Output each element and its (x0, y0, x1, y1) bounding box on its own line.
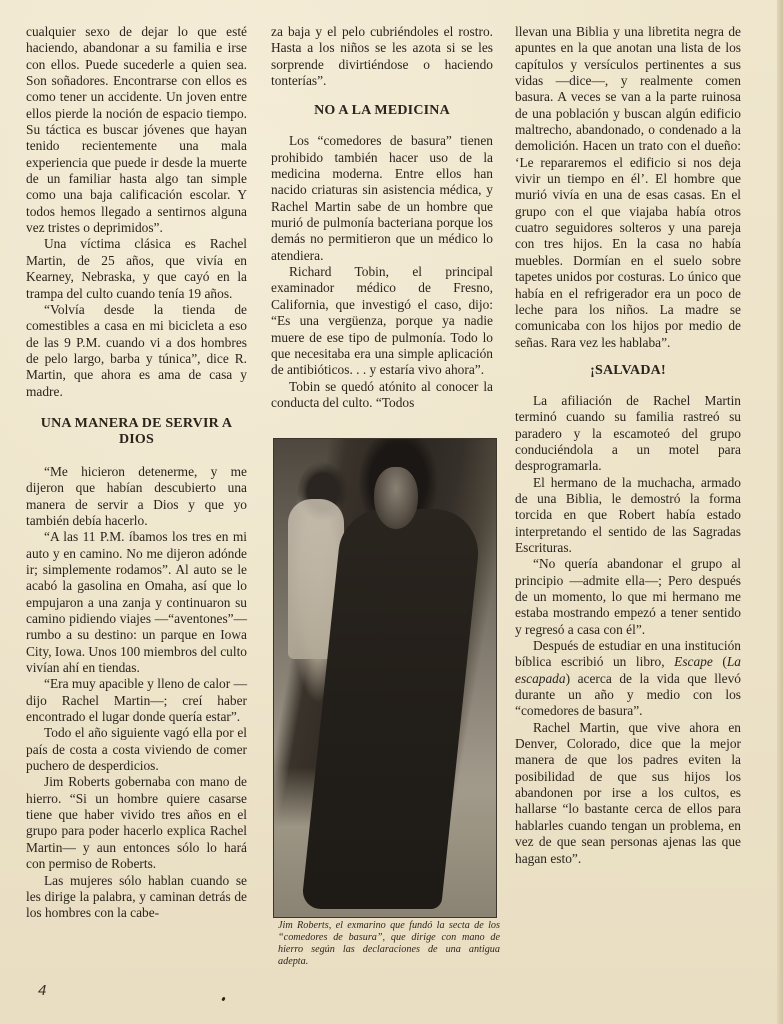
paragraph: Los “comedores de basura” tienen prohibi… (271, 133, 493, 264)
paragraph: Rachel Martin, que vive ahora en Denver,… (515, 720, 741, 867)
column-2: za baja y el pelo cubriéndoles el rostro… (271, 24, 493, 411)
paragraph: Jim Roberts gobernaba con mano de hierro… (26, 774, 247, 872)
paragraph: Todo el año siguiente vagó ella por el p… (26, 725, 247, 774)
paragraph: Las mujeres sólo hablan cuando se les di… (26, 873, 247, 922)
print-speck (221, 997, 226, 1002)
paragraph: Richard Tobin, el principal examinador m… (271, 264, 493, 378)
column-1: cualquier sexo de dejar lo que esté haci… (26, 24, 247, 922)
text: ( (713, 654, 727, 669)
paragraph: za baja y el pelo cubriéndoles el rostro… (271, 24, 493, 89)
paragraph: Una víctima clásica es Rachel Martin, de… (26, 236, 247, 301)
page-edge (777, 0, 783, 1024)
paragraph: Tobin se quedó atónito al conocer la con… (271, 379, 493, 412)
book-title: Escape (674, 654, 713, 669)
paragraph: “Era muy apacible y lleno de calor —dijo… (26, 676, 247, 725)
paragraph: “No quería abandonar el grupo al princip… (515, 556, 741, 638)
page-number: 4 (38, 982, 46, 999)
paragraph: “Me hicieron detenerme, y me dijeron que… (26, 464, 247, 529)
paragraph: “A las 11 P.M. íbamos los tres en mi aut… (26, 529, 247, 676)
section-heading: NO A LA MEDICINA (275, 103, 489, 119)
paragraph: “Volvía desde la tienda de comestibles a… (26, 302, 247, 400)
paragraph: La afiliación de Rachel Martin terminó c… (515, 393, 741, 475)
paragraph: cualquier sexo de dejar lo que esté haci… (26, 24, 247, 236)
magazine-page: cualquier sexo de dejar lo que esté haci… (0, 0, 783, 1024)
paragraph: llevan una Biblia y una libretita negra … (515, 24, 741, 351)
column-3: llevan una Biblia y una libretita negra … (515, 24, 741, 867)
section-heading: ¡SALVADA! (519, 363, 737, 379)
section-heading: UNA MANERA DE SERVIR A DIOS (30, 416, 243, 448)
paragraph: El hermano de la muchacha, armado de una… (515, 475, 741, 557)
article-photo (273, 438, 497, 918)
photo-bearded-face (374, 467, 418, 529)
paragraph-book: Después de estudiar en una institución b… (515, 638, 741, 720)
photo-caption: Jim Roberts, el exmarino que fundó la se… (278, 920, 500, 968)
